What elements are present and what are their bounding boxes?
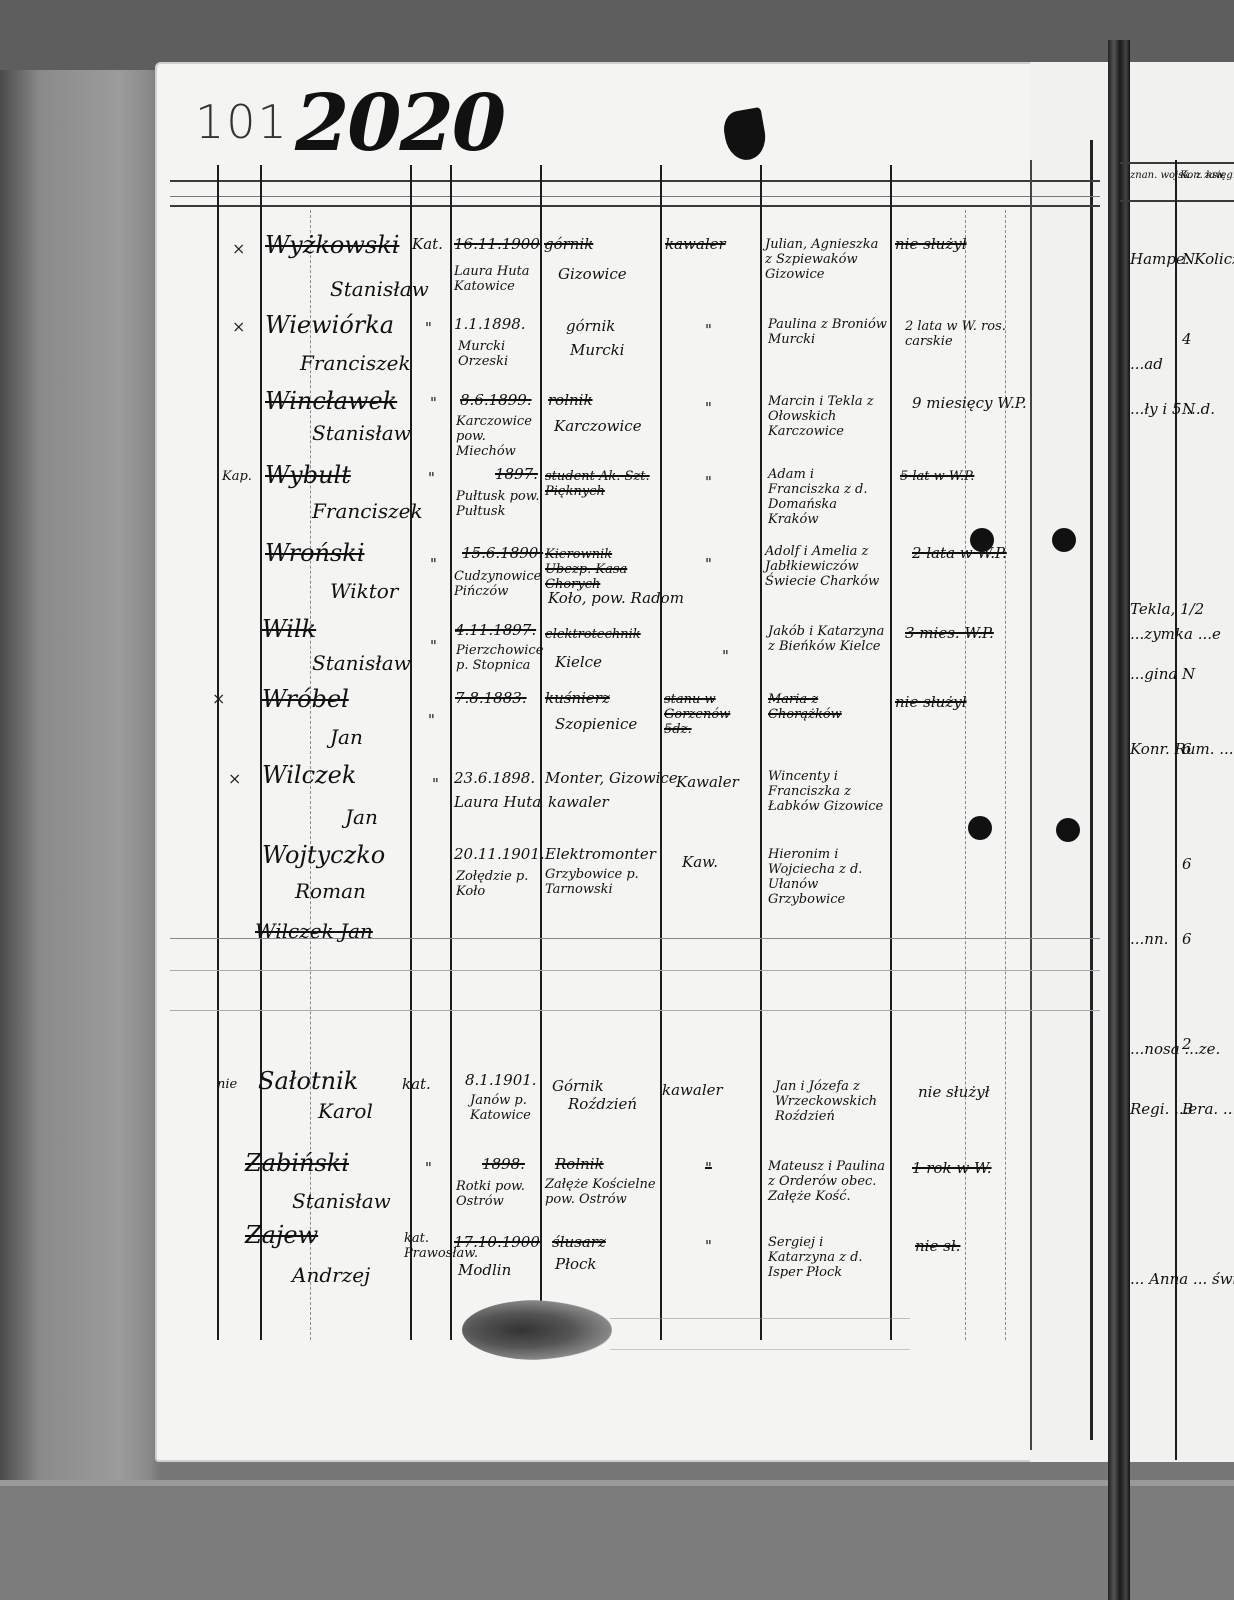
scan-bottom-edge — [0, 1480, 1234, 1600]
entry-residence: kawaler — [548, 794, 609, 811]
entry-given-name: Roman — [295, 880, 366, 903]
entry-occupation: student Ak. Szt. Pięknych — [545, 470, 657, 500]
entry-service-note: 5 lat w W.P. — [900, 470, 974, 485]
facing-fragment: 2 — [1182, 1035, 1192, 1053]
entry-given-name: Wiktor — [330, 580, 398, 603]
entry-birth-place: Pułtusk pow. Pułtusk — [456, 490, 540, 520]
entry-given-name: Stanisław — [330, 278, 429, 301]
entry-residence: Murcki — [570, 342, 624, 359]
header-rule-top — [170, 180, 1100, 182]
book-spine — [1108, 40, 1130, 1600]
entry-parents: Sergiej i Katarzyna z d. Isper Płock — [768, 1236, 888, 1281]
facing-fragment: N — [1182, 400, 1195, 418]
entry-birth-place: Cudzynowice Pińczów — [454, 570, 540, 600]
facing-header-rule — [1120, 162, 1234, 164]
entry-parents: Mateusz i Paulina z Orderów obec. Załęże… — [768, 1160, 888, 1205]
punch-hole — [970, 528, 994, 552]
facing-fragment: ...zymka ...e — [1130, 625, 1221, 643]
entry-service-note: nie służył — [918, 1084, 990, 1101]
column-divider — [450, 165, 452, 1340]
entry-service-note: 9 miesięcy W.P. — [912, 395, 1027, 412]
entry-given-name: Jan — [345, 806, 378, 829]
entry-surname: Wincławek — [265, 388, 397, 416]
entry-marital-status: Kaw. — [682, 854, 718, 871]
facing-fragment: N — [1182, 665, 1195, 683]
insect-stain — [462, 1300, 612, 1360]
entry-marital-status: " — [705, 1238, 712, 1255]
facing-fragment: 4 — [1182, 330, 1192, 348]
entry-parents: Paulina z Broniów Murcki — [768, 318, 888, 348]
entry-marital-status: " — [705, 474, 712, 491]
entry-mark: nie — [217, 1078, 237, 1093]
punch-hole — [1056, 818, 1080, 842]
entry-residence: Płock — [555, 1256, 596, 1273]
entry-surname: Zabiński — [245, 1150, 349, 1178]
facing-header: Kon. księg. — [1180, 170, 1234, 181]
entry-birth-date: 8.6.1899. — [460, 392, 532, 409]
entry-birth-date: 15.6.1890. — [462, 545, 543, 562]
entry-occupation: Kierownik Ubezp. Kasa Chorych — [545, 548, 659, 593]
row-rule — [170, 1010, 1100, 1011]
entry-mark: × — [232, 318, 245, 336]
entry-birth-date: 4.11.1897. — [455, 622, 536, 639]
entry-birth-place: Zołędzie p. Koło — [456, 870, 540, 900]
entry-birth-date: 8.1.1901. — [465, 1072, 537, 1089]
stain-trail — [610, 1318, 910, 1350]
entry-occupation: Monter, Gizowice — [545, 770, 678, 787]
entry-residence: Kielce — [555, 654, 602, 671]
entry-given-name: Stanisław — [312, 422, 411, 445]
entry-residence: Grzybowice p. Tarnowski — [545, 868, 657, 898]
entry-birth-date: 1897. — [495, 466, 538, 483]
entry-residence: Załęże Kościelne pow. Ostrów — [545, 1178, 657, 1208]
entry-residence: Roździeń — [568, 1096, 637, 1113]
entry-marital-status: Kawaler — [676, 774, 739, 791]
entry-occupation: Górnik — [552, 1078, 604, 1095]
facing-page — [1030, 62, 1234, 1462]
entry-surname: Wroński — [265, 540, 365, 568]
column-divider — [410, 165, 412, 1340]
page-number: 2020 — [295, 78, 504, 169]
entry-service-note: 2 lata w W. ros. carskie — [905, 320, 1025, 350]
facing-column-divider — [1175, 160, 1177, 1460]
entry-birth-date: 23.6.1898. — [454, 770, 535, 787]
column-divider — [540, 165, 542, 1340]
folio-number: 101 — [195, 95, 289, 149]
entry-marital-status: kawaler — [665, 236, 726, 253]
column-divider — [217, 165, 219, 1340]
entry-surname: Wilczek Jan — [255, 920, 373, 943]
entry-occupation: elektrotechnik — [545, 628, 641, 643]
entry-service-note: nie sł. — [915, 1238, 960, 1255]
facing-fragment: N — [1182, 250, 1195, 268]
entry-residence: Szopienice — [555, 716, 637, 733]
entry-surname: Wyżkowski — [265, 232, 399, 260]
entry-religion: " — [430, 638, 437, 655]
facing-fragment: ...gina — [1130, 665, 1177, 683]
entry-given-name: Franciszek — [300, 352, 411, 375]
entry-surname: Wilczek — [262, 762, 356, 790]
entry-marital-status: " — [705, 556, 712, 573]
entry-parents: Adolf i Amelia z Jabłkiewiczów Świecie C… — [765, 545, 889, 590]
entry-birth-place: Modlin — [458, 1262, 511, 1279]
facing-fragment: Tekla, 1/2 — [1130, 600, 1204, 618]
entry-marital-status: " — [722, 648, 729, 665]
facing-fragment: B — [1182, 1100, 1193, 1118]
facing-fragment: ... Anna ... świa. — [1130, 1270, 1234, 1288]
entry-religion: kat. — [402, 1076, 431, 1093]
entry-religion: " — [428, 470, 435, 487]
entry-given-name: Jan — [330, 726, 363, 749]
facing-fragment: ...ad — [1130, 355, 1163, 373]
entry-surname: Wybult — [265, 462, 351, 490]
facing-fragment: ...nn. — [1130, 930, 1168, 948]
page-edge-line — [1090, 140, 1093, 1440]
entry-given-name: Franciszek — [312, 500, 423, 523]
entry-surname: Wiewiórka — [265, 312, 394, 340]
entry-mark: × — [232, 240, 245, 258]
entry-birth-date: 17.10.1900 — [454, 1234, 540, 1251]
scan-top-edge — [0, 0, 1234, 70]
entry-religion: kat. Prawosław. — [404, 1232, 450, 1262]
entry-parents: Adam i Franciszka z d. Domańska Kraków — [768, 468, 888, 528]
entry-birth-place: Rotki pow. Ostrów — [456, 1180, 540, 1210]
entry-occupation: Rolnik — [555, 1156, 604, 1173]
entry-birth-date: 7.8.1883. — [455, 690, 527, 707]
entry-birth-place: Janów p. Katowice — [470, 1094, 540, 1124]
entry-birth-place: Karczowice pow. Miechów — [456, 415, 540, 460]
column-divider — [660, 165, 662, 1340]
entry-mark: × — [212, 690, 225, 708]
entry-service-note: 3 mies. W.P. — [905, 625, 994, 642]
entry-occupation: rolnik — [548, 392, 593, 409]
entry-surname: Sałotnik — [258, 1068, 358, 1096]
entry-service-note: 1 rok w W. — [912, 1160, 992, 1177]
entry-parents: Maria z Chorążków — [768, 693, 888, 723]
facing-fragment: 6 — [1182, 855, 1192, 873]
facing-header-rule — [1120, 200, 1234, 202]
entry-parents: Hieronim i Wojciecha z d. Ułanów Grzybow… — [768, 848, 888, 908]
column-divider — [1030, 160, 1032, 1450]
entry-residence: Karczowice — [554, 418, 642, 435]
entry-religion: " — [432, 776, 439, 793]
entry-birth-date: 1898. — [482, 1156, 525, 1173]
entry-birth-place: Murcki Orzeski — [458, 340, 538, 370]
entry-birth-date: 1.1.1898. — [454, 316, 526, 333]
facing-fragment: 6 — [1182, 930, 1192, 948]
entry-mark: × — [228, 770, 241, 788]
header-rule-mid — [170, 196, 1100, 197]
entry-surname: Wilk — [262, 616, 316, 644]
entry-service-note: nie służył — [895, 236, 967, 253]
entry-parents: Wincenty i Franciszka z Łabków Gizowice — [768, 770, 888, 815]
entry-birth-date: 16.11.1900 — [454, 236, 540, 253]
entry-given-name: Andrzej — [292, 1264, 370, 1287]
entry-residence: Gizowice — [558, 266, 627, 283]
entry-parents: Julian, Agnieszka z Szpiewaków Gizowice — [765, 238, 889, 283]
header-rule-bottom — [170, 205, 1100, 207]
entry-given-name: Karol — [318, 1100, 373, 1123]
entry-parents: Jan i Józefa z Wrzeckowskich Roździeń — [775, 1080, 887, 1125]
entry-occupation: ślusarz — [552, 1234, 606, 1251]
entry-occupation: Elektromonter — [545, 846, 656, 863]
entry-religion: Kat. — [412, 236, 443, 253]
entry-religion: " — [430, 556, 437, 573]
entry-surname: Wojtyczko — [262, 842, 385, 870]
entry-parents: Marcin i Tekla z Ołowskich Karczowice — [768, 395, 888, 440]
entry-mark: Kap. — [222, 470, 252, 485]
entry-religion: " — [425, 320, 432, 337]
entry-parents: Jakób i Katarzyna z Bieńków Kielce — [768, 625, 888, 655]
entry-birth-place: Laura Huta Katowice — [454, 265, 538, 295]
entry-surname: Wróbel — [262, 686, 349, 714]
entry-religion: " — [430, 395, 437, 412]
entry-occupation: górnik — [566, 318, 615, 335]
entry-marital-status: " — [705, 322, 712, 339]
dotted-guide — [1005, 210, 1007, 1340]
entry-service-note: nie służył — [895, 694, 967, 711]
entry-occupation: górnik — [544, 236, 593, 253]
column-divider — [760, 165, 762, 1340]
entry-birth-place: Pierzchowice p. Stopnica — [456, 644, 542, 674]
column-divider — [890, 165, 892, 1340]
entry-marital-status: kawaler — [662, 1082, 723, 1099]
entry-religion: " — [425, 1160, 432, 1177]
entry-residence: Koło, pow. Radom — [548, 590, 684, 607]
entry-marital-status: stanu w Gorzenów 5dz. — [664, 693, 760, 738]
facing-fragment: ...nosa ...ze. — [1130, 1040, 1220, 1058]
entry-surname: Zajew — [245, 1222, 318, 1250]
punch-hole — [1052, 528, 1076, 552]
punch-hole — [968, 816, 992, 840]
entry-occupation: kuśnierz — [545, 690, 610, 707]
facing-fragment: ...ły i 5 ...d. — [1130, 400, 1215, 418]
entry-birth-place: Laura Huta — [454, 794, 541, 811]
entry-marital-status: " — [705, 1160, 712, 1177]
facing-fragment: 6 — [1182, 740, 1192, 758]
entry-service-note: 2 lata w W.P. — [912, 545, 1007, 562]
entry-birth-date: 20.11.1901. — [454, 846, 545, 863]
row-rule — [170, 970, 1100, 971]
entry-religion: " — [428, 712, 435, 729]
entry-marital-status: " — [705, 400, 712, 417]
entry-given-name: Stanisław — [312, 652, 411, 675]
entry-given-name: Stanisław — [292, 1190, 391, 1213]
